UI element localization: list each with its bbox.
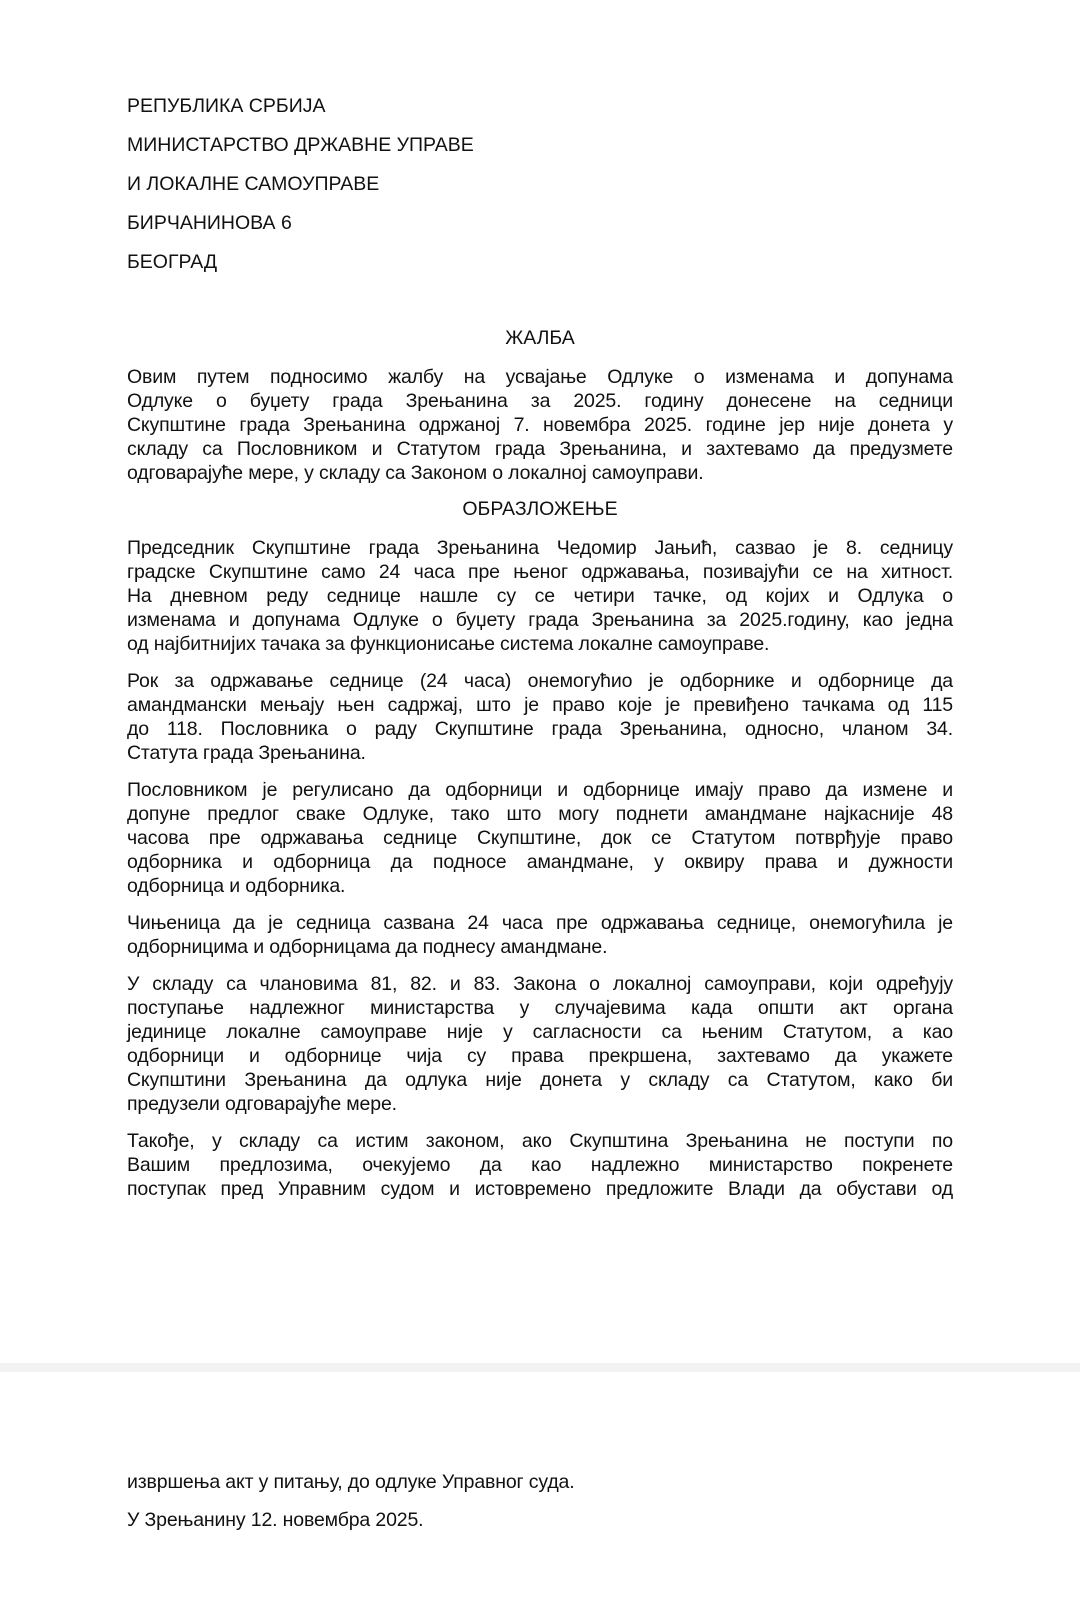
body-line: Рок за одржавање седнице (24 часа) онемо… xyxy=(127,669,953,693)
body-line: поступање надлежног министарства у случа… xyxy=(127,996,953,1020)
intro-line: Одлуке о буџету града Зрењанина за 2025.… xyxy=(127,389,953,413)
intro-line: Скупштине града Зрењанина одржаној 7. но… xyxy=(127,413,953,437)
body-line: Статута града Зрењанина. xyxy=(127,741,953,765)
continuation-line: извршења акт у питању, до одлуке Управно… xyxy=(127,1470,953,1494)
recipient-line: МИНИСТАРСТВО ДРЖАВНЕ УПРАВЕ xyxy=(127,133,953,157)
body-line: одборница и одборника. xyxy=(127,874,953,898)
recipient-line: БЕОГРАД xyxy=(127,250,953,274)
body-line: одборници и одборнице чија су права прек… xyxy=(127,1044,953,1068)
body-line: Председник Скупштине града Зрењанина Чед… xyxy=(127,536,953,560)
body-line: одборника и одборница да подносе амандма… xyxy=(127,850,953,874)
body-line: Пословником је регулисано да одборници и… xyxy=(127,778,953,802)
place-date: У Зрењанину 12. новембра 2025. xyxy=(127,1508,953,1532)
body-line: На дневном реду седнице нашле су се чети… xyxy=(127,584,953,608)
body-line: предузели одговарајуће мере. xyxy=(127,1092,953,1116)
page-break xyxy=(0,1363,1080,1372)
body-line: часова пре одржавања седнице Скупштине, … xyxy=(127,826,953,850)
document-page-2: извршења акт у питању, до одлуке Управно… xyxy=(0,1372,1080,1604)
section-heading: ОБРАЗЛОЖЕЊЕ xyxy=(0,497,1080,521)
body-line: Такође, у складу са истим законом, ако С… xyxy=(127,1129,953,1153)
body-line: од најбитнијих тачака за функционисање с… xyxy=(127,632,953,656)
body-line: допуне предлог сваке Одлуке, тако што мо… xyxy=(127,802,953,826)
document-page-1: РЕПУБЛИКА СРБИЈА МИНИСТАРСТВО ДРЖАВНЕ УП… xyxy=(0,0,1080,1363)
intro-line: складу са Пословником и Статутом града З… xyxy=(127,437,953,461)
body-line: Чињеница да је седница сазвана 24 часа п… xyxy=(127,911,953,935)
recipient-line: РЕПУБЛИКА СРБИЈА xyxy=(127,94,953,118)
body-line: поступак пред Управним судом и истовреме… xyxy=(127,1177,953,1201)
body-line: јединице локалне самоуправе није у сагла… xyxy=(127,1020,953,1044)
document-title: ЖАЛБА xyxy=(0,326,1080,350)
recipient-line: БИРЧАНИНОВА 6 xyxy=(127,211,953,235)
body-line: Скупштини Зрењанина да одлука није донет… xyxy=(127,1068,953,1092)
body-line: изменама и допунама Одлуке о буџету град… xyxy=(127,608,953,632)
intro-line: одговарајуће мере, у складу са Законом о… xyxy=(127,461,953,485)
body-line: до 118. Пословника о раду Скупштине град… xyxy=(127,717,953,741)
body-line: Вашим предлозима, очекујемо да као надле… xyxy=(127,1153,953,1177)
body-line: одборницима и одборницама да поднесу ама… xyxy=(127,935,953,959)
recipient-line: И ЛОКАЛНЕ САМОУПРАВЕ xyxy=(127,172,953,196)
body-line: амандмански мењају њен садржај, што је п… xyxy=(127,693,953,717)
body-line: У складу са члановима 81, 82. и 83. Зако… xyxy=(127,972,953,996)
body-line: градске Скупштине само 24 часа пре њеног… xyxy=(127,560,953,584)
intro-line: Овим путем подносимо жалбу на усвајање О… xyxy=(127,365,953,389)
